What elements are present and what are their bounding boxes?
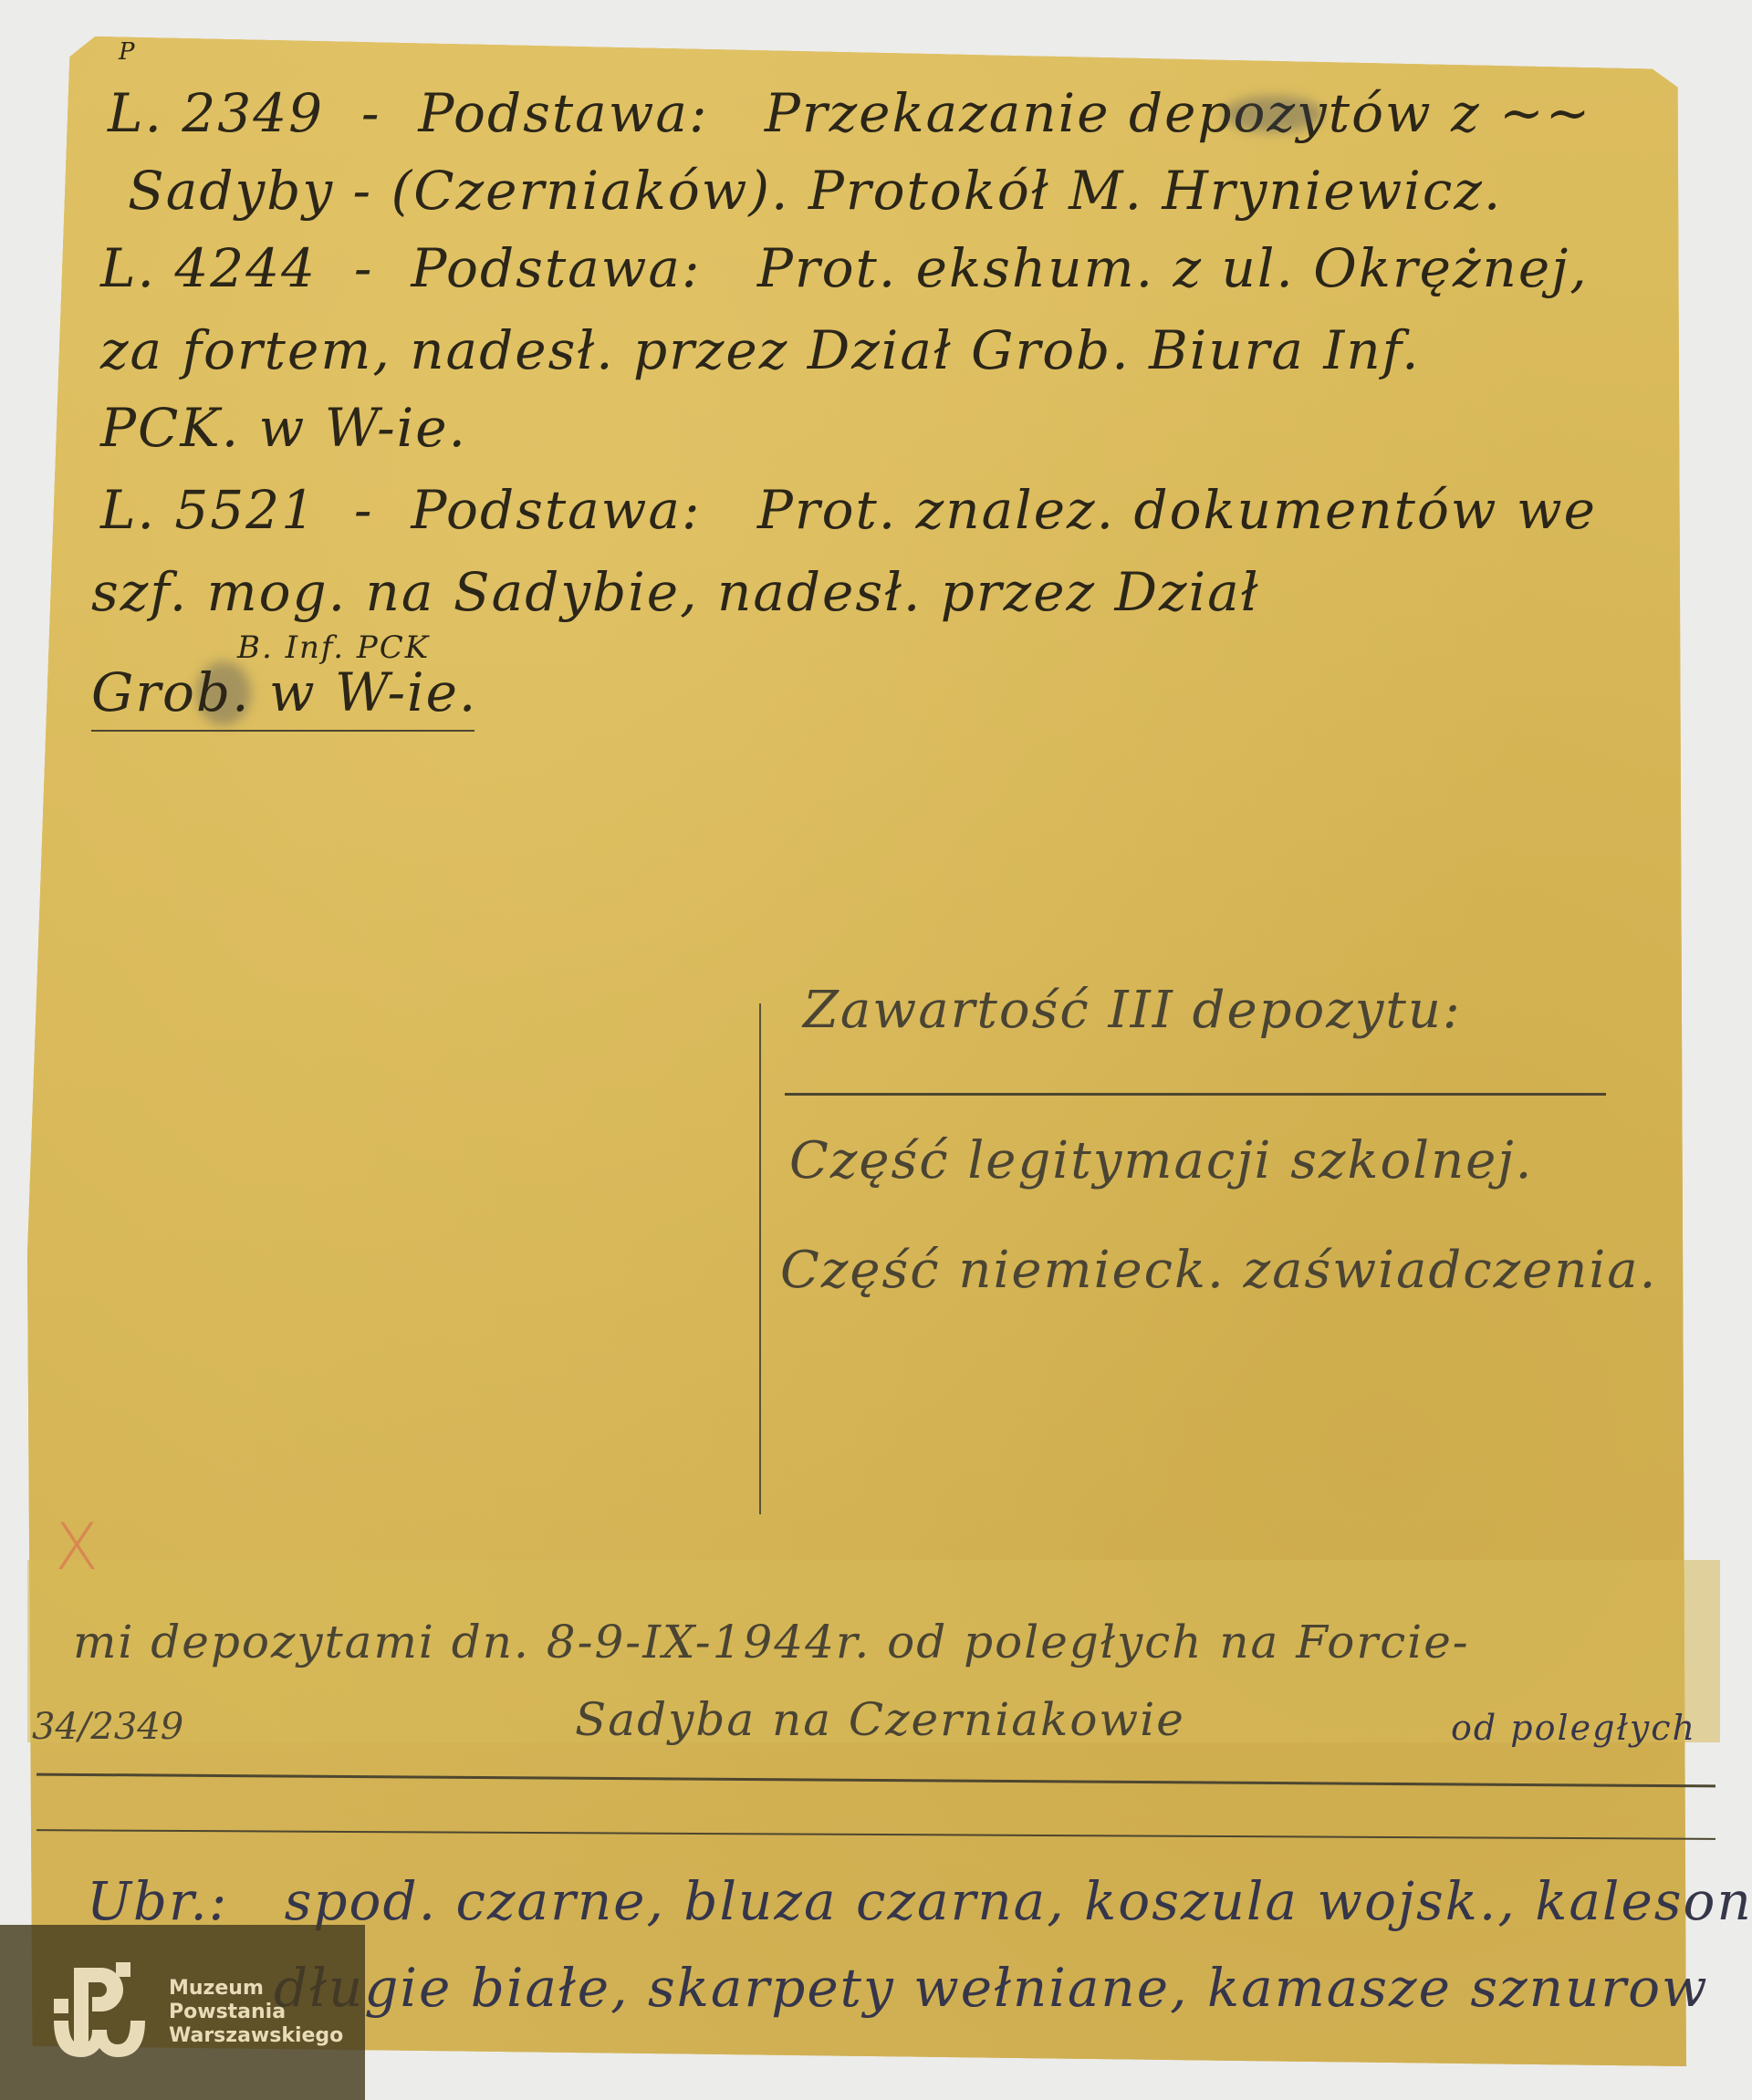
entry-3-line-2: szf. mog. na Sadybie, nadesł. przez Dzia…: [91, 566, 1260, 619]
museum-name-line-2: Powstania: [169, 2001, 343, 2024]
marker-top-left: P: [119, 38, 137, 66]
entry-text: Prot. znalez. dokumentów we: [757, 479, 1597, 541]
entry-2-line-1: L. 4244 - Podstawa: Prot. ekshum. z ul. …: [100, 242, 1589, 295]
entry-3-line-3: Grob. w W-ie.: [91, 666, 477, 719]
entry-3-line-1: L. 5521 - Podstawa: Prot. znalez. dokume…: [100, 483, 1597, 536]
entry-3-insert: B. Inf. PCK: [237, 629, 430, 666]
museum-name-line-1: Muzeum: [169, 1977, 343, 2001]
entry-text: Prot. ekshum. z ul. Okrężnej,: [757, 237, 1589, 299]
clothing-text: spod. czarne, bluza czarna, koszula wojs…: [285, 1870, 1752, 1932]
kotwica-logo-icon: [50, 1962, 151, 2063]
entry-2-line-2: za fortem, nadesł. przez Dział Grob. Biu…: [100, 324, 1421, 377]
entry-number: L. 4244: [100, 237, 317, 299]
entry-label: Podstawa:: [418, 82, 708, 144]
red-x-mark: X: [55, 1510, 99, 1585]
contents-title-rule: [785, 1093, 1606, 1096]
entry-label: Podstawa:: [411, 237, 701, 299]
clothing-label: Ubr.:: [87, 1870, 228, 1932]
entry-number: L. 2349: [108, 82, 324, 144]
clothing-line-2: długie białe, skarpety wełniane, kamasze…: [274, 1961, 1709, 2014]
clothing-line-1: Ubr.: spod. czarne, bluza czarna, koszul…: [87, 1875, 1752, 1928]
underline: [91, 730, 474, 732]
entry-text: Przekazanie depozytów z ~~: [765, 82, 1591, 144]
entry-1-line-1: L. 2349 - Podstawa: Przekazanie depozytó…: [108, 87, 1591, 140]
entry-number: L. 5521: [100, 479, 317, 541]
contents-title: Zawartość III depozytu:: [803, 981, 1462, 1040]
museum-watermark: Muzeum Powstania Warszawskiego: [0, 1925, 365, 2100]
museum-name: Muzeum Powstania Warszawskiego: [169, 1977, 343, 2048]
contents-box-left-border: [759, 1003, 761, 1514]
contents-item-1: Część legitymacji szkolnej.: [789, 1131, 1533, 1190]
ink-smudge: [1223, 96, 1323, 132]
entry-2-line-3: PCK. w W-ie.: [100, 401, 467, 454]
contents-item-2: Część niemieck. zaświadczenia.: [780, 1241, 1657, 1300]
deposit-line-1: mi depozytami dn. 8-9-IX-1944r. od poleg…: [73, 1619, 1470, 1665]
museum-name-line-3: Warszawskiego: [169, 2024, 343, 2048]
reference-number: 34/2349: [32, 1706, 183, 1748]
deposit-line-2-addition: od poległych: [1451, 1708, 1696, 1748]
entry-1-line-2: Sadyby - (Czerniaków). Protokół M. Hryni…: [128, 164, 1502, 217]
deposit-line-2: Sadyba na Czerniakowie: [575, 1697, 1185, 1742]
entry-label: Podstawa:: [411, 479, 701, 541]
